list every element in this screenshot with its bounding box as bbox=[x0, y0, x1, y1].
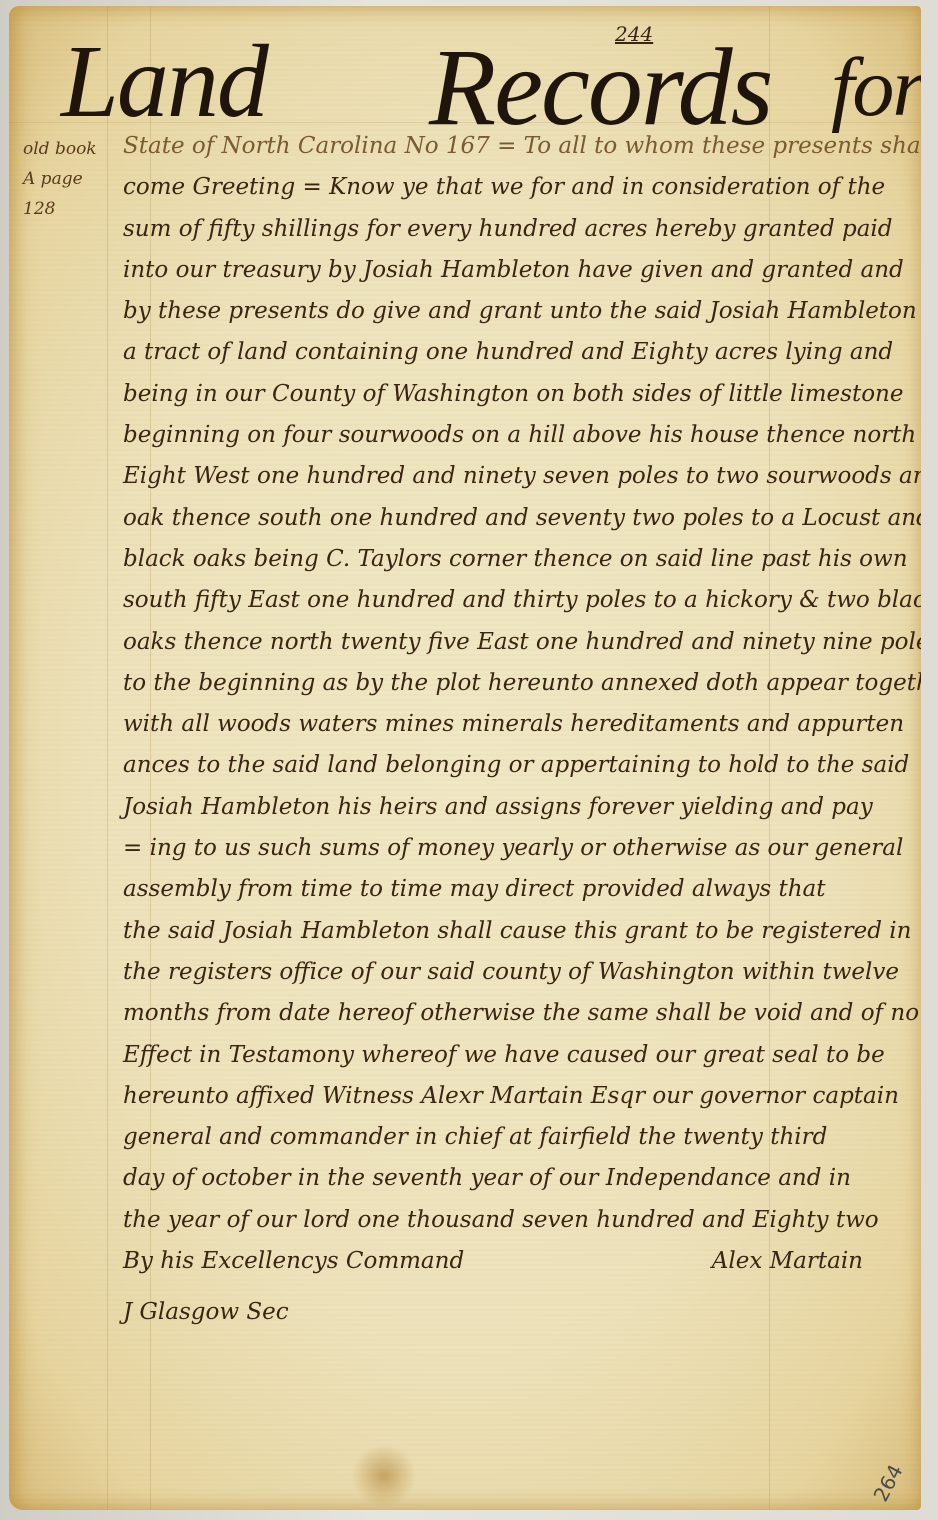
paper-sheet: Land Records for 244 old book A page 128… bbox=[9, 6, 921, 1510]
age-stain bbox=[349, 1446, 419, 1506]
body-line: to the beginning as by the plot hereunto… bbox=[123, 663, 921, 704]
body-line: = ing to us such sums of money yearly or… bbox=[123, 828, 921, 869]
governor-signature: Alex Martain bbox=[712, 1241, 863, 1282]
body-line: months from date hereof otherwise the sa… bbox=[123, 993, 921, 1034]
body-line: day of october in the seventh year of ou… bbox=[123, 1158, 921, 1199]
command-text: By his Excellencys Command bbox=[123, 1241, 464, 1282]
page-number: 244 bbox=[615, 22, 653, 46]
margin-note-line: A page bbox=[23, 164, 103, 194]
body-line: oak thence south one hundred and seventy… bbox=[123, 498, 921, 539]
body-line: Effect in Testamony whereof we have caus… bbox=[123, 1035, 921, 1076]
body-line: hereunto affixed Witness Alexr Martain E… bbox=[123, 1076, 921, 1117]
body-line: a tract of land containing one hundred a… bbox=[123, 332, 921, 373]
body-line: oaks thence north twenty five East one h… bbox=[123, 622, 921, 663]
grant-body: State of North Carolina No 167 = To all … bbox=[123, 126, 921, 1334]
scanned-page: Land Records for 244 old book A page 128… bbox=[0, 0, 938, 1520]
body-line: Eight West one hundred and ninety seven … bbox=[123, 456, 921, 497]
margin-note-line: 128 bbox=[23, 194, 103, 224]
title-land: Land bbox=[61, 30, 267, 134]
command-signature-line: By his Excellencys Command Alex Martain bbox=[123, 1241, 921, 1282]
body-line: general and commander in chief at fairfi… bbox=[123, 1117, 921, 1158]
margin-note: old book A page 128 bbox=[23, 134, 103, 224]
body-line: south fifty East one hundred and thirty … bbox=[123, 580, 921, 621]
body-line: black oaks being C. Taylors corner thenc… bbox=[123, 539, 921, 580]
body-line: assembly from time to time may direct pr… bbox=[123, 869, 921, 910]
margin-rule-left bbox=[107, 6, 108, 1510]
pencil-page-annotation: 264 bbox=[869, 1461, 908, 1506]
body-line: ances to the said land belonging or appe… bbox=[123, 745, 921, 786]
body-line: the said Josiah Hambleton shall cause th… bbox=[123, 911, 921, 952]
body-line: into our treasury by Josiah Hambleton ha… bbox=[123, 250, 921, 291]
body-line: Josiah Hambleton his heirs and assigns f… bbox=[123, 787, 921, 828]
body-line: being in our County of Washington on bot… bbox=[123, 374, 921, 415]
body-line: State of North Carolina No 167 = To all … bbox=[123, 126, 921, 167]
body-line: the year of our lord one thousand seven … bbox=[123, 1200, 921, 1241]
body-line: sum of fifty shillings for every hundred… bbox=[123, 209, 921, 250]
title-for: for bbox=[831, 46, 921, 130]
body-line: by these presents do give and grant unto… bbox=[123, 291, 921, 332]
body-line: beginning on four sourwoods on a hill ab… bbox=[123, 415, 921, 456]
body-line: come Greeting = Know ye that we for and … bbox=[123, 167, 921, 208]
secretary-signature: J Glasgow Sec bbox=[123, 1292, 921, 1333]
body-line: the registers office of our said county … bbox=[123, 952, 921, 993]
margin-note-line: old book bbox=[23, 134, 103, 164]
body-line: with all woods waters mines minerals her… bbox=[123, 704, 921, 745]
